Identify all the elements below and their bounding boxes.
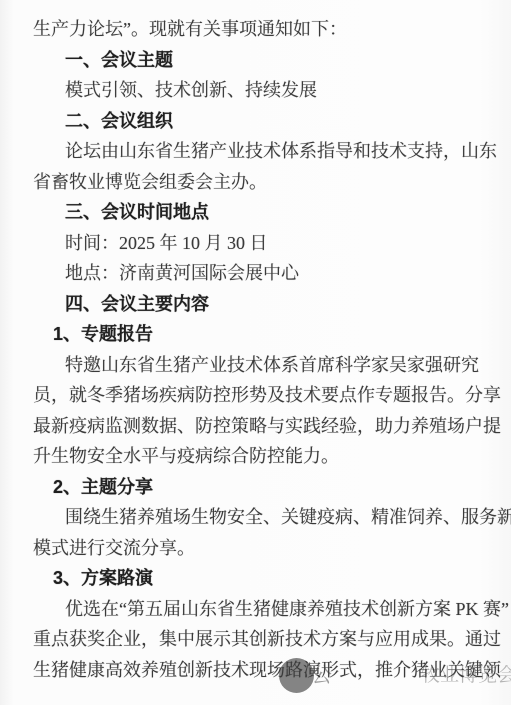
venue-line: 地点：济南黄河国际会展中心 — [33, 258, 507, 289]
roadshow-line-3: 生猪健康高效养殖创新技术现场路演形式，推介猪业关键领 — [33, 655, 507, 686]
report-line-3: 最新疫病监测数据、防控策略与实践经验，助力养殖场户提 — [33, 411, 507, 442]
heading-3-time-place: 三、会议时间地点 — [33, 197, 507, 228]
roadshow-line-2: 重点获奖企业，集中展示其创新技术方案与应用成果。通过 — [33, 624, 507, 655]
share-line-1: 围绕生猪养殖场生物安全、关键疫病、精准饲养、服务新 — [33, 502, 507, 533]
org-line-2: 省畜牧业博览会组委会主办。 — [33, 167, 507, 198]
roadshow-line-1: 优选在“第五届山东省生猪健康养殖技术创新方案 PK 赛” — [33, 594, 507, 625]
report-line-4: 升生物安全水平与疫病综合防控能力。 — [33, 441, 507, 472]
item-2-heading: 2、主题分享 — [33, 472, 507, 503]
heading-1-topic: 一、会议主题 — [33, 45, 507, 76]
intro-line: 生产力论坛”。现就有关事项通知如下： — [33, 14, 507, 45]
time-line: 时间：2025 年 10 月 30 日 — [33, 228, 507, 259]
heading-4-content: 四、会议主要内容 — [33, 289, 507, 320]
item-1-heading: 1、专题报告 — [33, 319, 507, 350]
item-3-heading: 3、方案路演 — [33, 563, 507, 594]
theme-line: 模式引领、技术创新、持续发展 — [33, 75, 507, 106]
share-line-2: 模式进行交流分享。 — [33, 533, 507, 564]
report-line-2: 员，就冬季猪场疾病防控形势及技术要点作专题报告。分享 — [33, 380, 507, 411]
document-page: 公 牧业博览会 生产力论坛”。现就有关事项通知如下： 一、会议主题 模式引领、技… — [0, 0, 511, 705]
org-line-1: 论坛由山东省生猪产业技术体系指导和技术支持，山东 — [33, 136, 507, 167]
heading-2-org: 二、会议组织 — [33, 106, 507, 137]
report-line-1: 特邀山东省生猪产业技术体系首席科学家吴家强研究 — [33, 350, 507, 381]
document-body: 生产力论坛”。现就有关事项通知如下： 一、会议主题 模式引领、技术创新、持续发展… — [33, 14, 507, 685]
